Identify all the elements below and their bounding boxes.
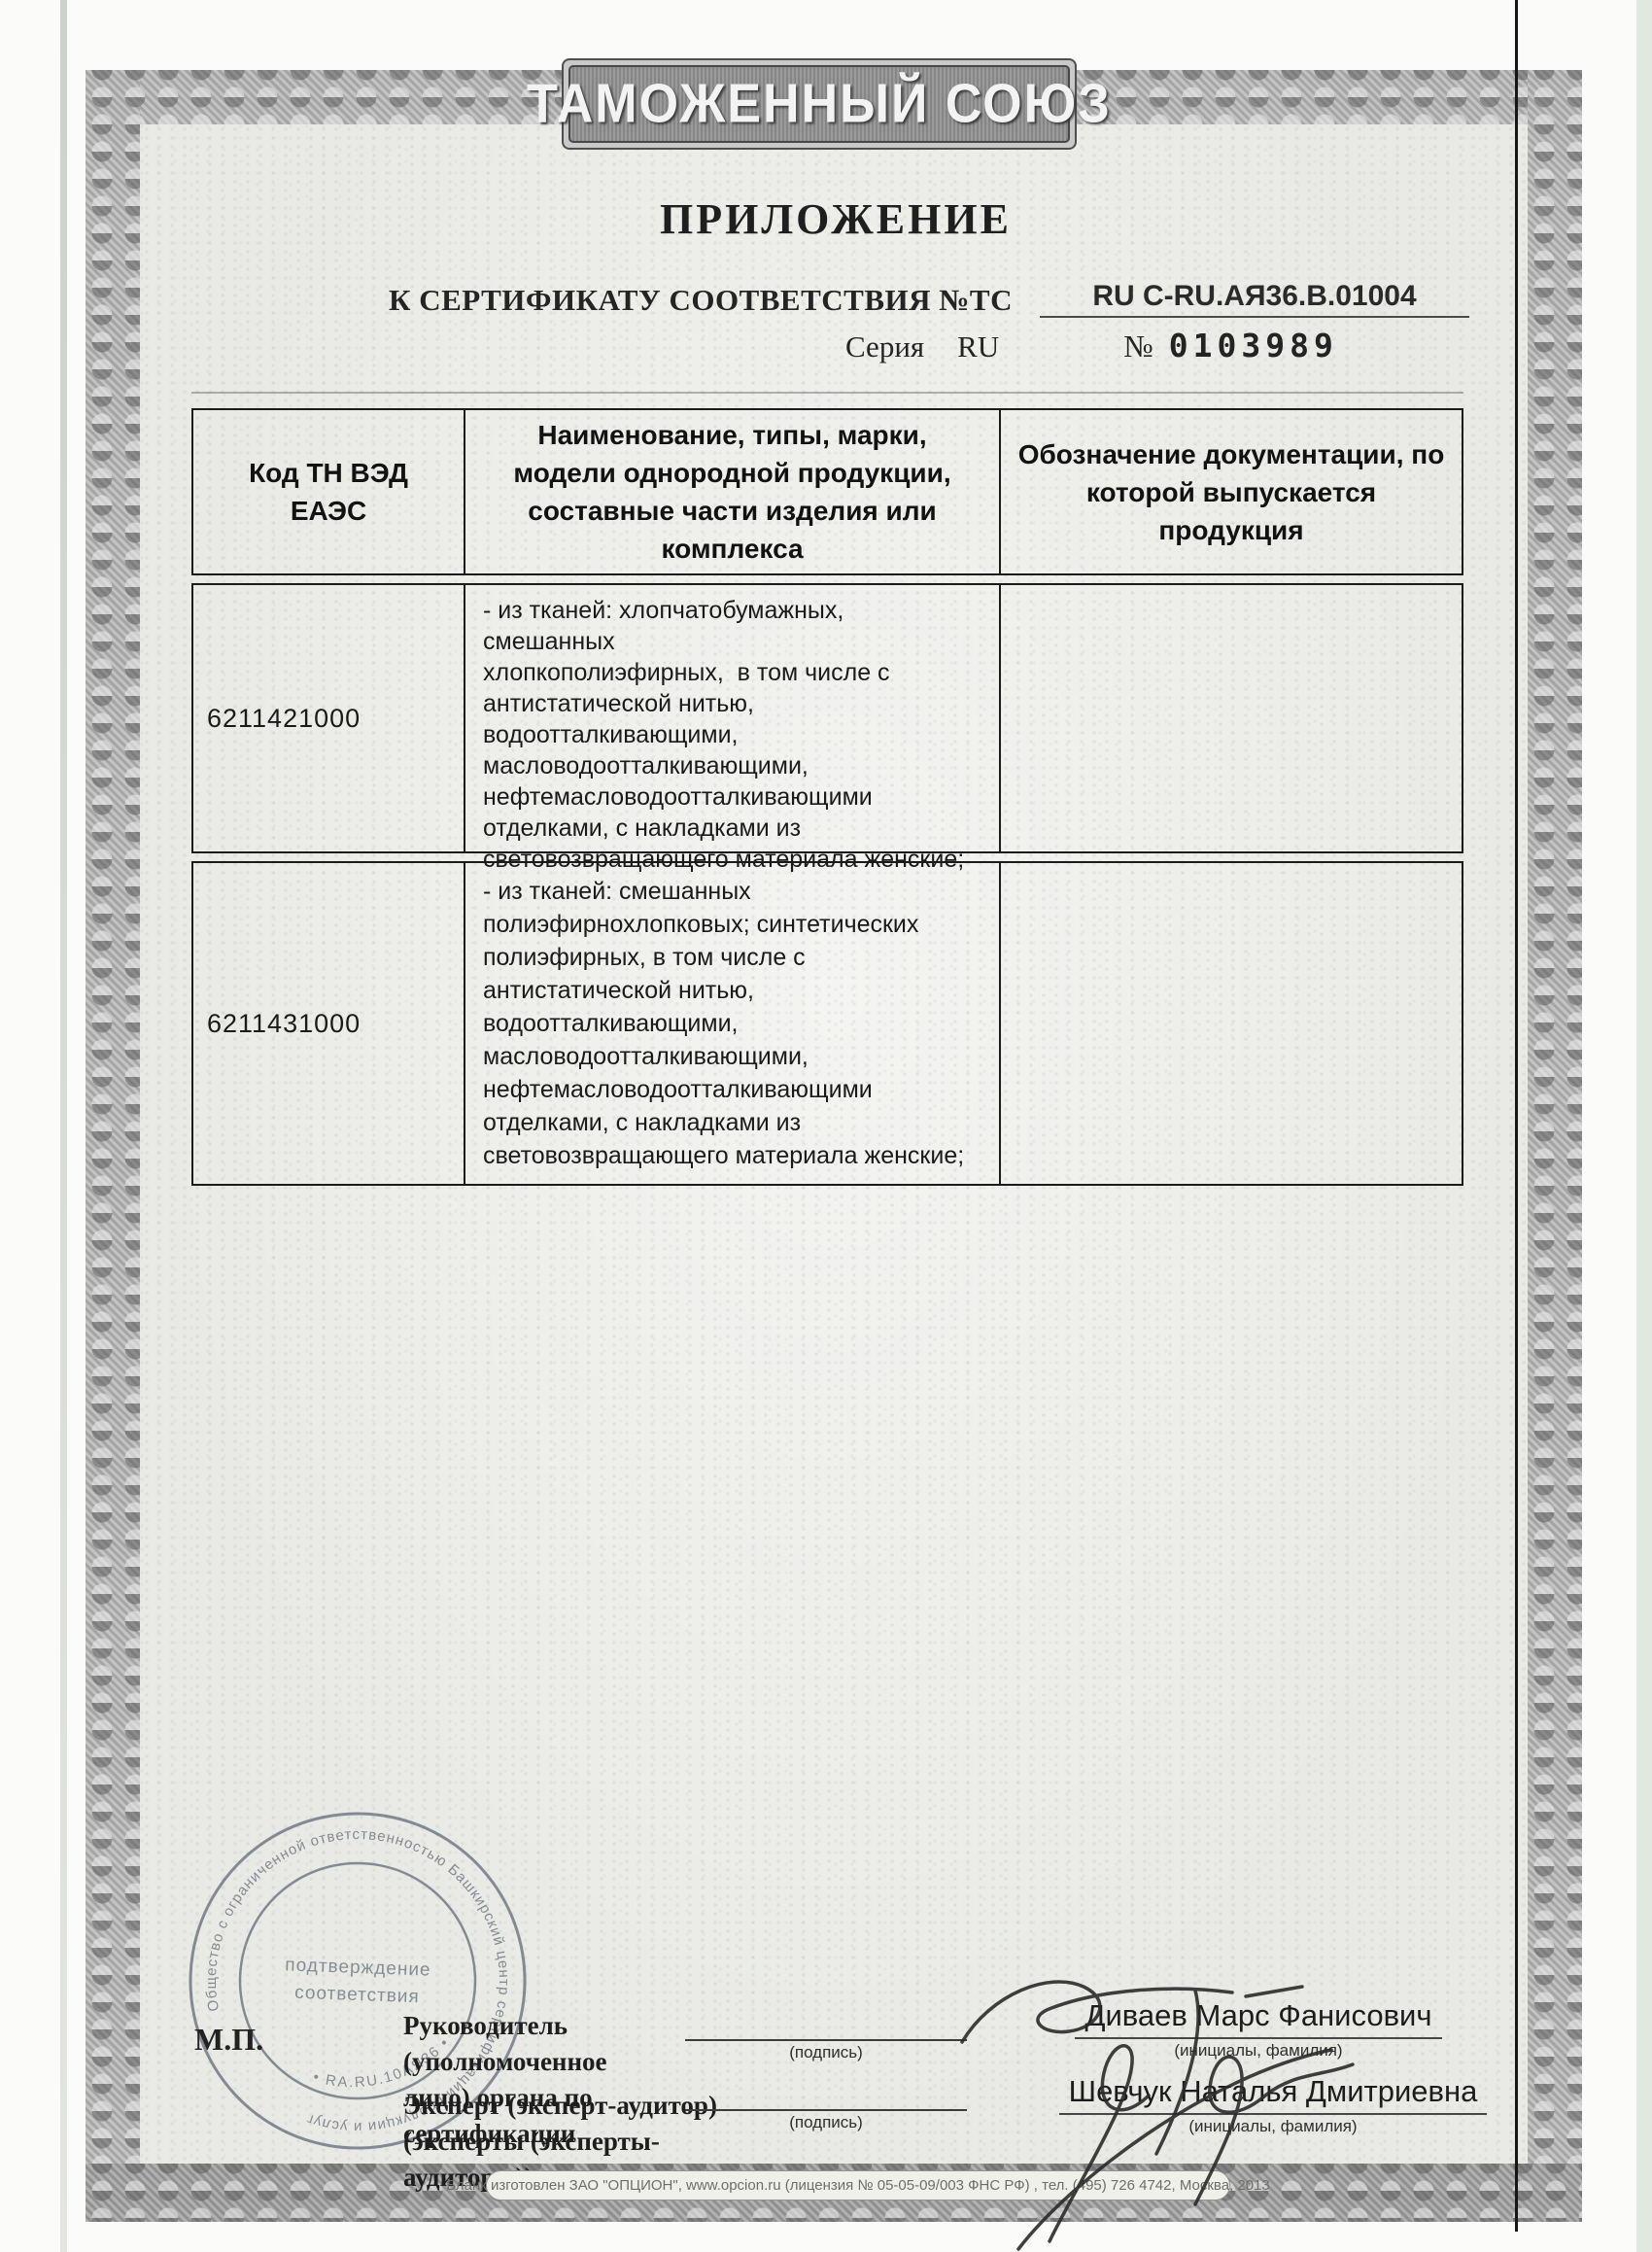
serial-number-value: 0103989: [1169, 327, 1338, 364]
customs-union-banner-text: ТАМОЖЕННЫЙ СОЮЗ: [527, 73, 1112, 136]
certificate-prefix-label: К СЕРТИФИКАТУ СООТВЕТСТВИЯ №ТС: [389, 283, 1013, 318]
signature-stroke-expert-2: [1195, 2057, 1353, 2204]
signature-stroke-expert-3: [1018, 2050, 1331, 2249]
serial-number-sign: №: [1123, 329, 1153, 364]
series-label: Серия: [845, 329, 924, 364]
row-documentation-empty: [1001, 585, 1462, 851]
signature-stroke-head-tail: [1156, 1991, 1198, 2154]
certificate-number-line: К СЕРТИФИКАТУ СООТВЕТСТВИЯ №ТС RU C-RU.А…: [389, 280, 1469, 318]
border-band-right: [1528, 70, 1582, 2222]
certificate-appendix-page: ТАМОЖЕННЫЙ СОЮЗ ПРИЛОЖЕНИЕ К СЕРТИФИКАТУ…: [0, 0, 1652, 2252]
series-value: RU: [957, 329, 999, 364]
series-line: Серия RU № 0103989: [845, 327, 1338, 364]
row-description: - из тканей: смешанных полиэфирнохлопков…: [464, 863, 1001, 1184]
table-header-row: Код ТН ВЭД ЕАЭС Наименование, типы, марк…: [191, 408, 1463, 575]
row-documentation-empty: [1001, 863, 1462, 1184]
signature-stroke-head: [962, 1982, 1232, 2042]
stamp-center-line1: подтверждение: [285, 1955, 431, 1980]
table-header-code: Код ТН ВЭД ЕАЭС: [193, 410, 464, 573]
page-title: ПРИЛОЖЕНИЕ: [515, 194, 1156, 244]
customs-union-banner: ТАМОЖЕННЫЙ СОЮЗ: [562, 58, 1077, 150]
handwritten-signatures: [904, 1950, 1448, 2251]
table-outer-topline: [191, 392, 1463, 394]
certificate-number-value: RU C-RU.АЯ36.В.01004: [1040, 280, 1469, 318]
page-edge-shadow: [60, 0, 67, 2252]
signature-stroke-head-dash: [1246, 1987, 1302, 1996]
border-band-left: [86, 70, 140, 2222]
table-row: 6211431000 - из тканей: смешанных полиэф…: [191, 861, 1463, 1186]
table-header-product: Наименование, типы, марки, модели одноро…: [464, 410, 1001, 573]
row-code-value: 6211431000: [193, 863, 464, 1184]
stamp-center-line2: соответствия: [294, 1983, 420, 2007]
scan-fold-line: [1515, 0, 1518, 2232]
customs-union-banner-frame: ТАМОЖЕННЫЙ СОЮЗ: [568, 65, 1070, 143]
table-header-documentation: Обозначение документации, по которой вып…: [1001, 410, 1462, 573]
stamp-place-abbr: М.П.: [194, 2022, 263, 2058]
row-code-value: 6211421000: [193, 585, 464, 851]
table-row: 6211421000 - из тканей: хлопчатобумажных…: [191, 583, 1463, 853]
scan-background-strip: [1636, 0, 1652, 2252]
row-description: - из тканей: хлопчатобумажных, смешанных…: [464, 585, 1001, 851]
